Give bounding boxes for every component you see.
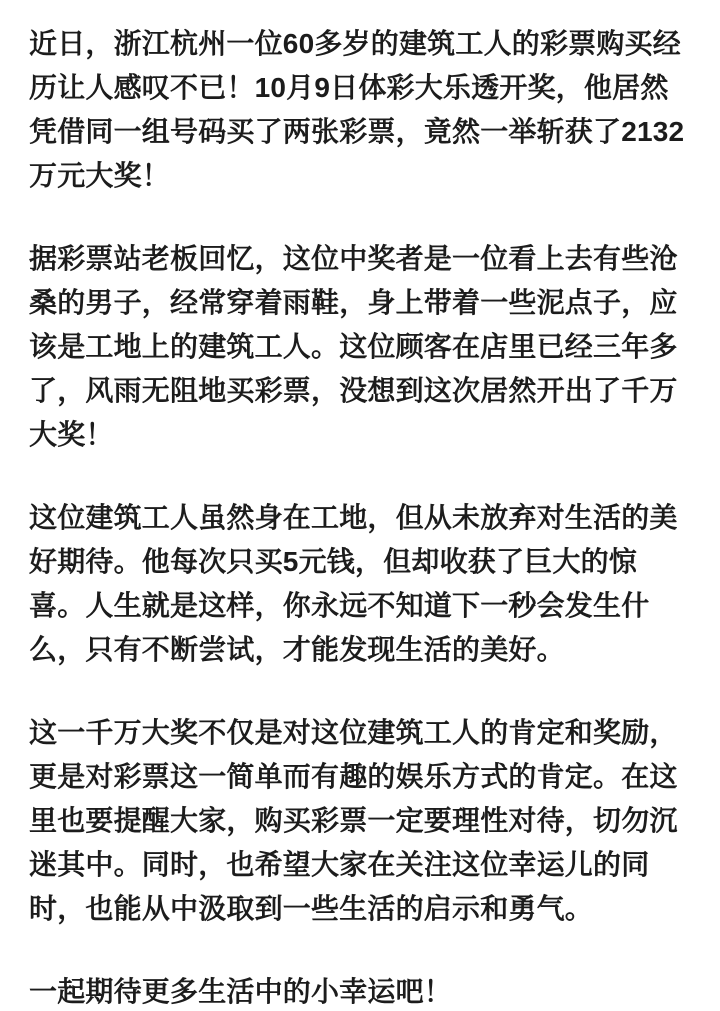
article-body: 近日，浙江杭州一位60多岁的建筑工人的彩票购买经历让人感叹不已！10月9日体彩大… bbox=[0, 0, 720, 1011]
article-paragraph-2: 据彩票站老板回忆，这位中奖者是一位看上去有些沧桑的男子，经常穿着雨鞋，身上带着一… bbox=[29, 237, 693, 457]
article-paragraph-5: 一起期待更多生活中的小幸运吧！ bbox=[29, 970, 693, 1011]
article-paragraph-4: 这一千万大奖不仅是对这位建筑工人的肯定和奖励，更是对彩票这一简单而有趣的娱乐方式… bbox=[29, 711, 693, 931]
article-paragraph-3: 这位建筑工人虽然身在工地，但从未放弃对生活的美好期待。他每次只买5元钱，但却收获… bbox=[29, 496, 693, 672]
article-paragraph-1: 近日，浙江杭州一位60多岁的建筑工人的彩票购买经历让人感叹不已！10月9日体彩大… bbox=[29, 22, 693, 198]
